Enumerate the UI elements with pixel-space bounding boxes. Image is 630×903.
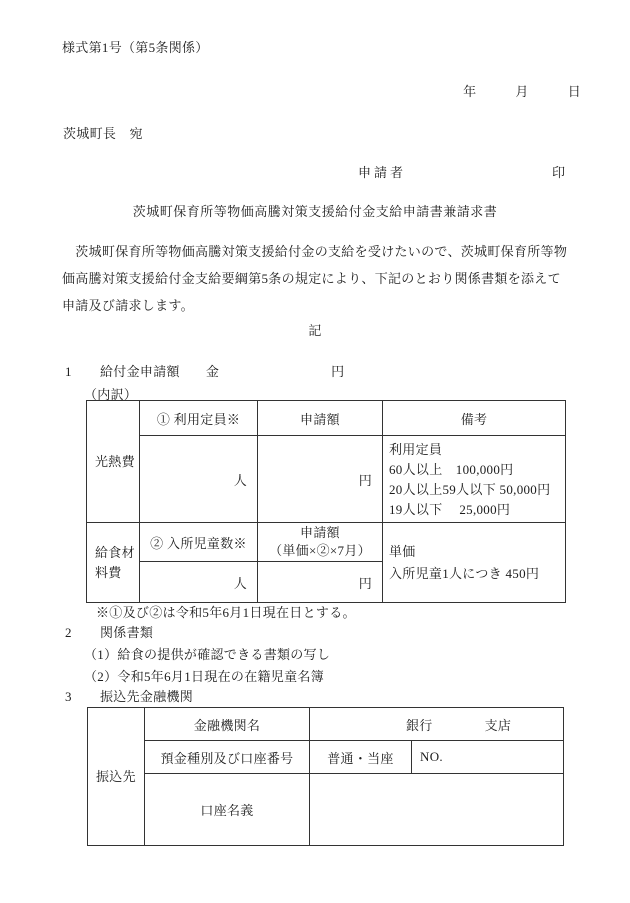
body-line: 茨城町保育所等物価高騰対策支援給付金の支給を受けたいので、茨城町保育所等物 (62, 238, 567, 265)
section1-heading-line: 1給付金申請額金円 (65, 361, 344, 380)
amount-header-line: 申請額 (258, 524, 382, 542)
remarks-line: 60人以上 100,000円 (389, 460, 559, 480)
table-footnote: ※①及び②は令和5年6月1日現在日とする。 (96, 602, 356, 621)
day-label: 日 (568, 84, 581, 99)
bank-suffix-label: 銀行 (406, 718, 433, 733)
related-document-item: （1）給食の提供が確認できる書類の写し (84, 644, 330, 663)
section3-heading: 振込先金融機関 (100, 689, 193, 704)
amount-unit: 円 (331, 364, 344, 379)
body-paragraph: 茨城町保育所等物価高騰対策支援給付金の支給を受けたいので、茨城町保育所等物 価高… (62, 238, 567, 319)
amount-prefix: 金 (206, 364, 219, 379)
table-row: 光熱費 ① 利用定員※ 申請額 備考 (87, 401, 566, 436)
meals-children-value-cell: 人 (140, 562, 258, 603)
remarks-line: 20人以上59人以下 50,000円 (389, 480, 559, 500)
section2-number: 2 (65, 625, 100, 641)
table-row: 口座名義 (88, 774, 564, 846)
record-mark: 記 (0, 320, 630, 339)
meals-category-cell: 給食材料費 (87, 523, 140, 603)
utilities-category-cell: 光熱費 (87, 401, 140, 523)
addressee: 茨城町長 宛 (63, 123, 143, 142)
form-number: 様式第1号（第5条関係） (62, 37, 209, 56)
month-label: 月 (515, 84, 528, 99)
account-number-cell: NO. (412, 741, 564, 774)
bank-name-label-cell: 金融機関名 (145, 708, 310, 741)
application-form-page: 様式第1号（第5条関係） 年月日 茨城町長 宛 申請者 印 茨城町保育所等物価高… (0, 0, 630, 903)
transfer-row-header-cell: 振込先 (88, 708, 145, 846)
section3-number: 3 (65, 689, 100, 705)
table-row: 預金種別及び口座番号 普通・当座 NO. (88, 741, 564, 774)
remarks-line: 単価 (389, 541, 559, 563)
children-header-cell: ② 入所児童数※ (140, 523, 258, 562)
amount-header-line: （単価×②×7月） (258, 542, 382, 560)
date-line: 年月日 (463, 81, 581, 100)
remarks-line: 利用定員 (389, 440, 559, 460)
branch-suffix-label: 支店 (485, 718, 512, 733)
related-document-item: （2）令和5年6月1日現在の在籍児童名簿 (84, 666, 324, 685)
section1-number: 1 (65, 364, 100, 380)
breakdown-table: 光熱費 ① 利用定員※ 申請額 備考 人 円 利用定員 60人以上 100,00… (86, 400, 566, 603)
deposit-label-cell: 預金種別及び口座番号 (145, 741, 310, 774)
capacity-header-cell: ① 利用定員※ (140, 401, 258, 436)
body-line: 価高騰対策支援給付金支給要綱第5条の規定により、下記のとおり関係書類を添えて (62, 265, 567, 292)
meals-remarks-cell: 単価 入所児童1人につき 450円 (383, 523, 566, 603)
document-title: 茨城町保育所等物価高騰対策支援給付金支給申請書兼請求書 (0, 201, 630, 220)
utilities-amount-value-cell: 円 (258, 436, 383, 523)
remarks-line: 入所児童1人につき 450円 (389, 563, 559, 585)
seal-label: 印 (552, 162, 565, 181)
amount-header-cell: 申請額 (258, 401, 383, 436)
section2-heading: 関係書類 (100, 625, 153, 640)
section1-heading: 給付金申請額 (100, 364, 180, 379)
meals-amount-value-cell: 円 (258, 562, 383, 603)
meals-amount-header-cell: 申請額 （単価×②×7月） (258, 523, 383, 562)
deposit-type-cell: 普通・当座 (310, 741, 412, 774)
account-holder-label-cell: 口座名義 (145, 774, 310, 846)
bank-transfer-table: 振込先 金融機関名 銀行支店 預金種別及び口座番号 普通・当座 NO. 口座名義 (87, 707, 564, 846)
table-row: 給食材料費 ② 入所児童数※ 申請額 （単価×②×7月） 単価 入所児童1人につ… (87, 523, 566, 562)
year-label: 年 (463, 84, 476, 99)
remarks-header-cell: 備考 (383, 401, 566, 436)
body-line: 申請及び請求します。 (62, 292, 567, 319)
table-row: 人 円 利用定員 60人以上 100,000円 20人以上59人以下 50,00… (87, 436, 566, 523)
table-row: 振込先 金融機関名 銀行支店 (88, 708, 564, 741)
remarks-line: 19人以下 25,000円 (389, 500, 559, 520)
bank-branch-cell: 銀行支店 (310, 708, 564, 741)
account-holder-value-cell (310, 774, 564, 846)
section3-heading-line: 3振込先金融機関 (65, 686, 193, 705)
applicant-label: 申請者 (358, 162, 406, 181)
utilities-remarks-cell: 利用定員 60人以上 100,000円 20人以上59人以下 50,000円 1… (383, 436, 566, 523)
section2-heading-line: 2関係書類 (65, 622, 153, 641)
utilities-capacity-value-cell: 人 (140, 436, 258, 523)
